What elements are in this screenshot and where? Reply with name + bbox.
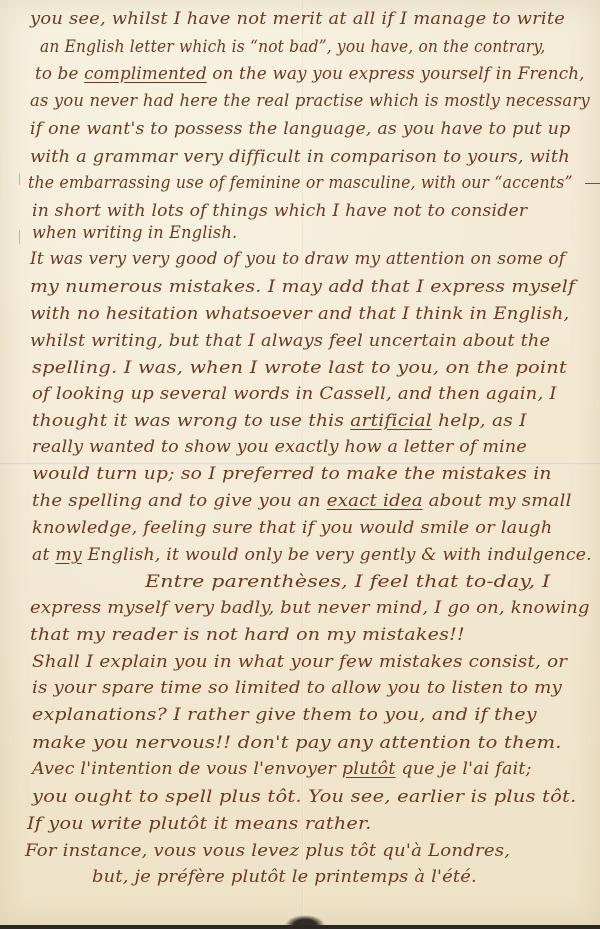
letter-line: express myself very badly, but never min…: [30, 597, 590, 619]
paper-tear: [285, 915, 325, 925]
letter-line: For instance, vous vous levez plus tôt q…: [25, 840, 510, 862]
letter-line: If you write plutôt it means rather.: [27, 813, 372, 835]
letter-line: but, je préfère plutôt le printemps à l'…: [92, 866, 477, 888]
letter-line: of looking up several words in Cassell, …: [32, 383, 557, 405]
letter-line: would turn up; so I preferred to make th…: [32, 463, 552, 485]
letter-line: with no hesitation whatsoever and that I…: [30, 303, 570, 325]
letter-line: the spelling and to give you an exact id…: [32, 490, 572, 512]
letter-line: at my English, it would only be very gen…: [32, 544, 592, 566]
letter-page: you see, whilst I have not merit at all …: [0, 0, 600, 925]
letter-line: thought it was wrong to use this artific…: [32, 410, 527, 432]
letter-line: to be complimented on the way you expres…: [35, 63, 585, 85]
letter-line: when writing in English.: [32, 222, 237, 244]
margin-mark: [19, 230, 20, 244]
letter-line: as you never had here the real practise …: [30, 90, 590, 112]
letter-line: whilst writing, but that I always feel u…: [30, 330, 550, 352]
letter-line: the embarrassing use of feminine or masc…: [28, 172, 573, 194]
letter-line: Shall I explain you in what your few mis…: [32, 651, 567, 673]
letter-line: with a grammar very difficult in compari…: [30, 146, 570, 168]
letter-line: Entre parenthèses, I feel that to-day, I: [145, 571, 550, 593]
letter-line: in short with lots of things which I hav…: [32, 200, 527, 222]
letter-line: knowledge, feeling sure that if you woul…: [32, 517, 552, 539]
letter-line: really wanted to show you exactly how a …: [32, 436, 527, 458]
letter-line: explanations? I rather give them to you,…: [32, 704, 537, 726]
letter-line: is your spare time so limited to allow y…: [32, 677, 562, 699]
letter-line: It was very very good of you to draw my …: [30, 248, 565, 270]
margin-mark: [19, 173, 20, 185]
ink-dash: [585, 183, 600, 184]
letter-line: an English letter which is “not bad”, yo…: [40, 36, 545, 58]
letter-line: make you nervous!! don't pay any attenti…: [32, 732, 562, 754]
letter-line: if one want's to possess the language, a…: [30, 118, 570, 140]
letter-line: you see, whilst I have not merit at all …: [30, 8, 565, 30]
letter-line: you ought to spell plus tôt. You see, ea…: [32, 786, 577, 808]
letter-line: that my reader is not hard on my mistake…: [30, 624, 465, 646]
letter-line: Avec l'intention de vous l'envoyer plutô…: [32, 758, 532, 780]
letter-line: my numerous mistakes. I may add that I e…: [30, 276, 575, 298]
letter-line: spelling. I was, when I wrote last to yo…: [32, 357, 567, 379]
